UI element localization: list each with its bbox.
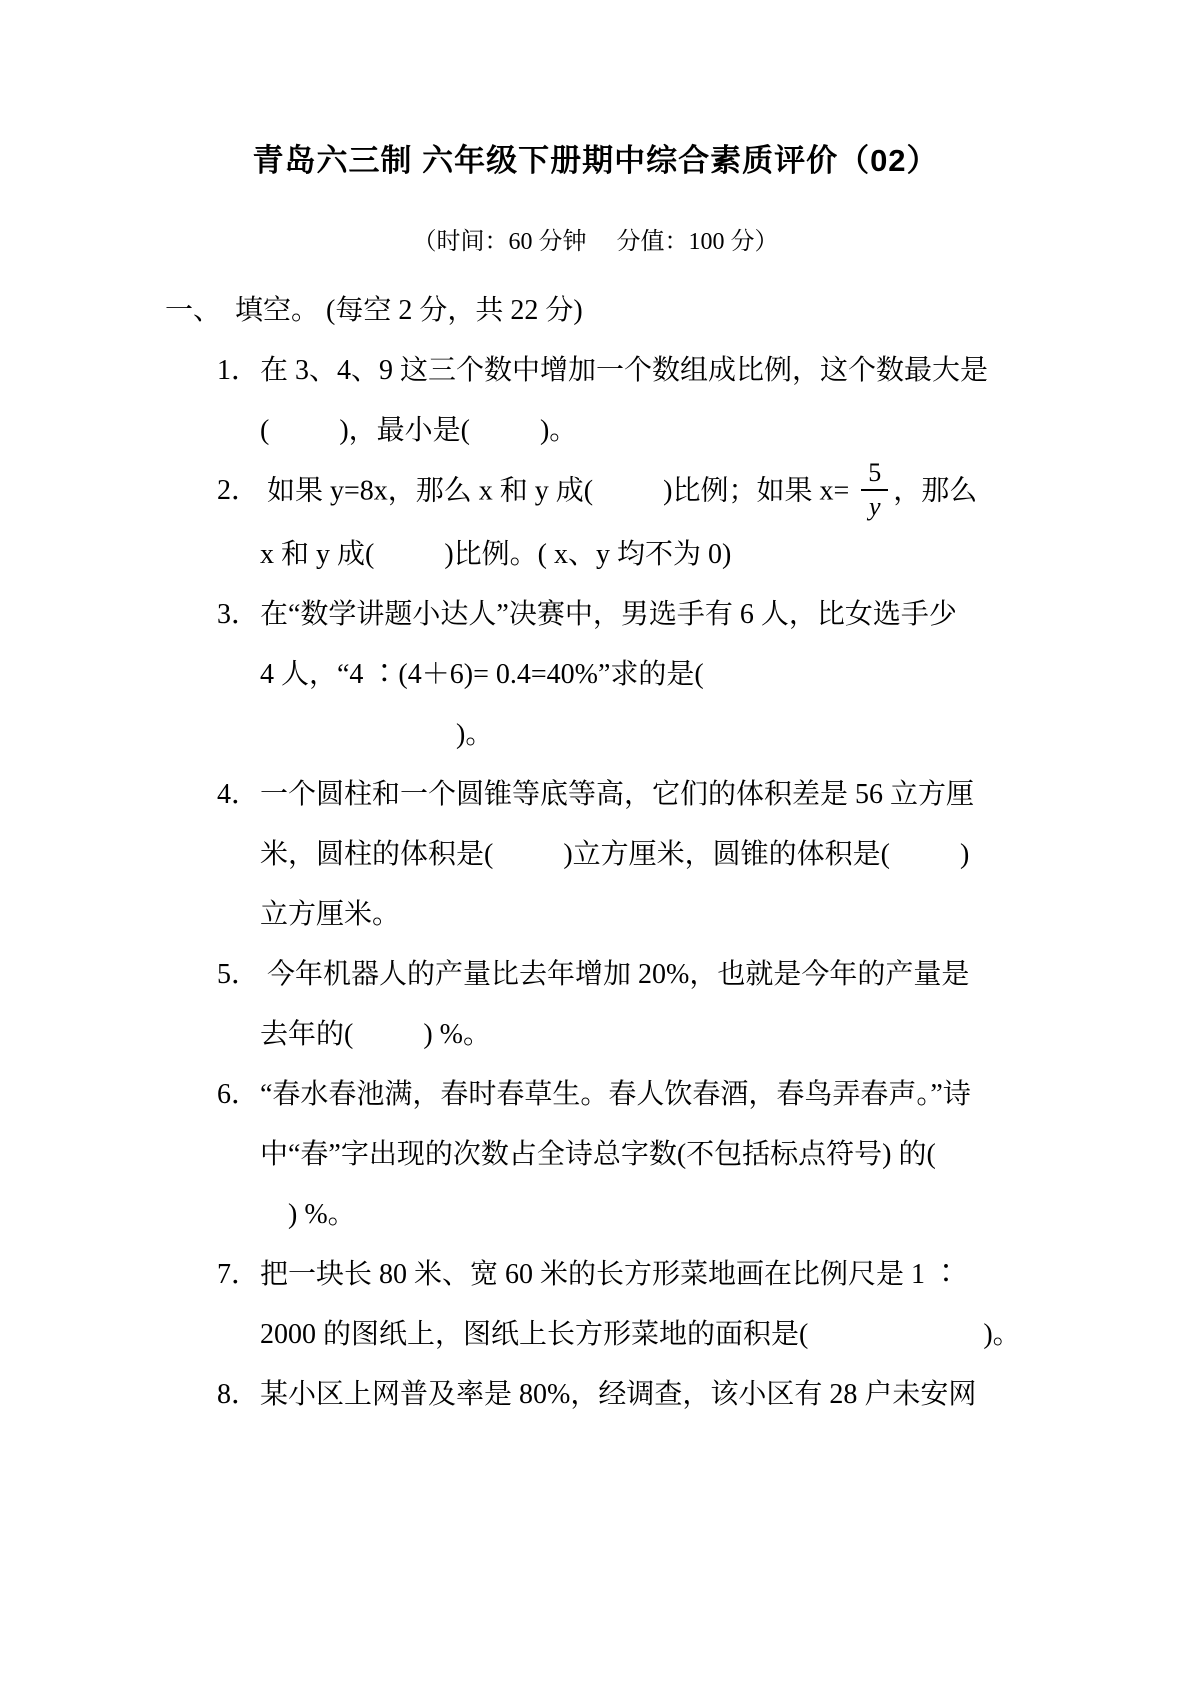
page-title: 青岛六三制 六年级下册期中综合素质评价（02） [0, 0, 1191, 181]
question-2: 2． 如果 y=8x，那么 x 和 y 成( )比例；如果 x= 5y，那么 x… [165, 461, 1051, 585]
question-number: 2． [217, 461, 259, 521]
exam-time-score-line: （时间：60 分钟 分值：100 分） [0, 227, 1191, 257]
section-number: 一、 [165, 295, 235, 327]
section-heading: 一、 填空。 (每空 2 分，共 22 分) [0, 295, 1191, 327]
question-line: 中“春”字出现的次数占全诗总字数(不包括标点符号) 的( [260, 1125, 1051, 1185]
exam-paper-page: 青岛六三制 六年级下册期中综合素质评价（02） （时间：60 分钟 分值：100… [0, 0, 1191, 1684]
question-line: 一个圆柱和一个圆锥等底等高，它们的体积差是 56 立方厘 [260, 765, 1051, 825]
question-number: 4． [217, 765, 259, 825]
question-7: 7． 把一块长 80 米、宽 60 米的长方形菜地画在比例尺是 1 ∶ 2000… [165, 1245, 1051, 1365]
question-number: 6． [217, 1065, 259, 1125]
question-5: 5． 今年机器人的产量比去年增加 20%，也就是今年的产量是 去年的( ) %。 [165, 945, 1051, 1065]
question-number: 8． [217, 1365, 259, 1425]
question-list: 1． 在 3、4、9 这三个数中增加一个数组成比例，这个数最大是 ( )，最小是… [0, 341, 1191, 1425]
question-line: 立方厘米。 [260, 885, 1051, 945]
question-line: 在“数学讲题小达人”决赛中，男选手有 6 人，比女选手少 [260, 585, 1051, 645]
question-4: 4． 一个圆柱和一个圆锥等底等高，它们的体积差是 56 立方厘 米，圆柱的体积是… [165, 765, 1051, 945]
question-line: 4 人，“4 ∶(4＋6)= 0.4=40%”求的是( [260, 645, 1051, 705]
question-6: 6． “春水春池满，春时春草生。春人饮春酒，春鸟弄春声。”诗 中“春”字出现的次… [165, 1065, 1051, 1245]
question-number: 5． [217, 945, 259, 1005]
question-line: 去年的( ) %。 [260, 1005, 1051, 1065]
question-text-after-fraction: ，那么 [893, 475, 977, 506]
question-line: 把一块长 80 米、宽 60 米的长方形菜地画在比例尺是 1 ∶ [260, 1245, 1051, 1305]
fraction: 5y [861, 458, 888, 522]
question-line: 在 3、4、9 这三个数中增加一个数组成比例，这个数最大是 [260, 341, 1051, 401]
question-line: 如果 y=8x，那么 x 和 y 成( )比例；如果 x= 5y，那么 [260, 461, 1051, 525]
question-line: 某小区上网普及率是 80%，经调查，该小区有 28 户未安网 [260, 1365, 1051, 1425]
question-line: )。 [260, 705, 1051, 765]
question-number: 3． [217, 585, 259, 645]
question-line: 2000 的图纸上，图纸上长方形菜地的面积是( )。 [260, 1305, 1051, 1365]
question-line: 米，圆柱的体积是( )立方厘米，圆锥的体积是( ) [260, 825, 1051, 885]
question-text-before-fraction: 如果 y=8x，那么 x 和 y 成( )比例；如果 x= [260, 475, 856, 506]
question-number: 7． [217, 1245, 259, 1305]
section-title: 填空。 (每空 2 分，共 22 分) [235, 295, 583, 327]
fraction-denominator: y [861, 491, 888, 522]
fraction-numerator: 5 [861, 458, 888, 491]
question-8: 8． 某小区上网普及率是 80%，经调查，该小区有 28 户未安网 [165, 1365, 1051, 1425]
question-line: x 和 y 成( )比例。( x、y 均不为 0) [260, 525, 1051, 585]
question-number: 1． [217, 341, 259, 401]
question-3: 3． 在“数学讲题小达人”决赛中，男选手有 6 人，比女选手少 4 人，“4 ∶… [165, 585, 1051, 765]
question-1: 1． 在 3、4、9 这三个数中增加一个数组成比例，这个数最大是 ( )，最小是… [165, 341, 1051, 461]
question-line: “春水春池满，春时春草生。春人饮春酒，春鸟弄春声。”诗 [260, 1065, 1051, 1125]
question-line: ) %。 [260, 1185, 1051, 1245]
question-line: ( )，最小是( )。 [260, 401, 1051, 461]
question-line: 今年机器人的产量比去年增加 20%，也就是今年的产量是 [260, 945, 1051, 1005]
